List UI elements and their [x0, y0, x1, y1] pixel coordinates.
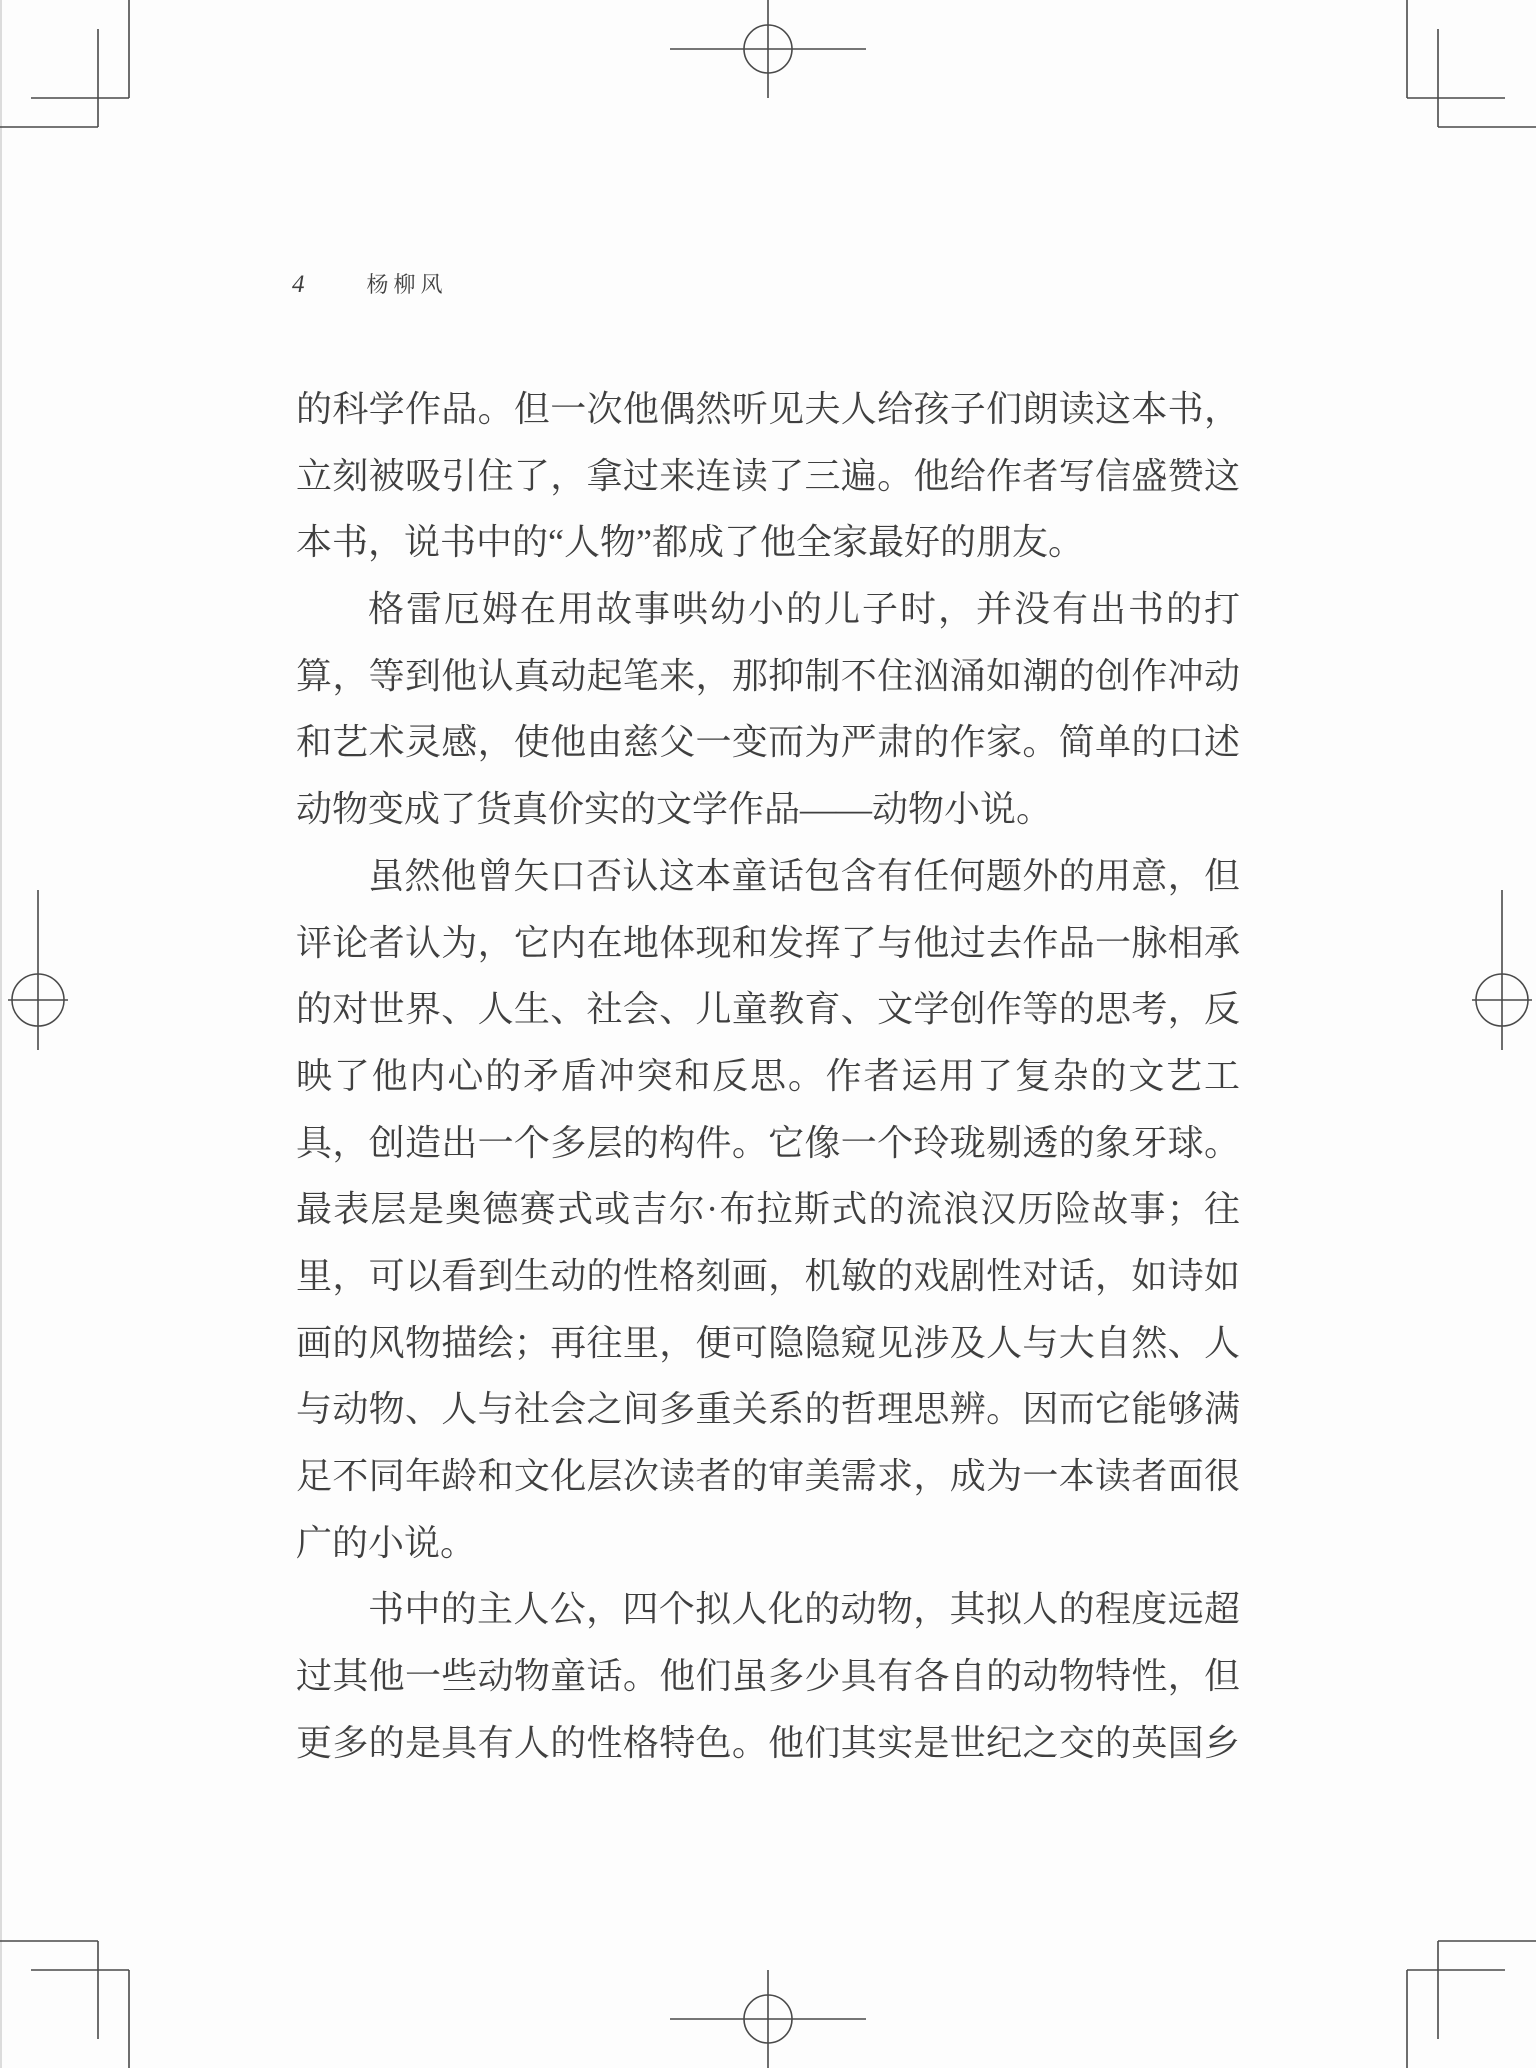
text-line: 和艺术灵感，使他由慈父一变而为严肃的作家。简单的口述 [296, 709, 1240, 776]
registration-mark-top-center [670, 0, 866, 98]
text-line: 本书，说书中的“人物”都成了他全家最好的朋友。 [296, 509, 1240, 576]
text-line: 广的小说。 [296, 1510, 1240, 1577]
trim-mark-bottom-right [1407, 1941, 1536, 2068]
text-line: 格雷厄姆在用故事哄幼小的儿子时，并没有出书的打 [296, 576, 1240, 643]
text-line: 画的风物描绘；再往里，便可隐隐窥见涉及人与大自然、人 [296, 1310, 1240, 1377]
text-line: 的对世界、人生、社会、儿童教育、文学创作等的思考，反 [296, 976, 1240, 1043]
text-line: 动物变成了货真价实的文学作品——动物小说。 [296, 776, 1240, 843]
text-line: 更多的是具有人的性格特色。他们其实是世纪之交的英国乡 [296, 1710, 1240, 1777]
text-line: 书中的主人公，四个拟人化的动物，其拟人的程度远超 [296, 1576, 1240, 1643]
text-line: 与动物、人与社会之间多重关系的哲理思辨。因而它能够满 [296, 1376, 1240, 1443]
scan-edge-line [0, 0, 2, 2068]
text-line: 过其他一些动物童话。他们虽多少具有各自的动物特性，但 [296, 1643, 1240, 1710]
registration-mark-bottom-center [670, 1970, 866, 2068]
text-line: 立刻被吸引住了，拿过来连读了三遍。他给作者写信盛赞这 [296, 443, 1240, 510]
text-line: 映了他内心的矛盾冲突和反思。作者运用了复杂的文艺工 [296, 1043, 1240, 1110]
page-header: 4 杨柳风 [292, 268, 448, 298]
trim-mark-top-right [1407, 0, 1536, 127]
text-line: 的科学作品。但一次他偶然听见夫人给孩子们朗读这本书， [296, 376, 1240, 443]
text-line: 里，可以看到生动的性格刻画，机敏的戏剧性对话，如诗如 [296, 1243, 1240, 1310]
text-line: 具，创造出一个多层的构件。它像一个玲珑剔透的象牙球。 [296, 1110, 1240, 1177]
text-line: 足不同年龄和文化层次读者的审美需求，成为一本读者面很 [296, 1443, 1240, 1510]
registration-mark-right-middle [1472, 890, 1532, 1050]
page-number: 4 [292, 271, 305, 299]
running-title: 杨柳风 [367, 268, 448, 299]
registration-mark-left-middle [8, 890, 68, 1050]
book-page-scan: 4 杨柳风 的科学作品。但一次他偶然听见夫人给孩子们朗读这本书，立刻被吸引住了，… [0, 0, 1536, 2068]
text-line: 虽然他曾矢口否认这本童话包含有任何题外的用意，但 [296, 843, 1240, 910]
trim-mark-bottom-left [0, 1941, 129, 2068]
text-line: 最表层是奥德赛式或吉尔·布拉斯式的流浪汉历险故事；往 [296, 1176, 1240, 1243]
body-text: 的科学作品。但一次他偶然听见夫人给孩子们朗读这本书，立刻被吸引住了，拿过来连读了… [296, 376, 1240, 1776]
trim-mark-top-left [0, 0, 129, 127]
text-line: 算，等到他认真动起笔来，那抑制不住汹涌如潮的创作冲动 [296, 643, 1240, 710]
text-line: 评论者认为，它内在地体现和发挥了与他过去作品一脉相承 [296, 910, 1240, 977]
